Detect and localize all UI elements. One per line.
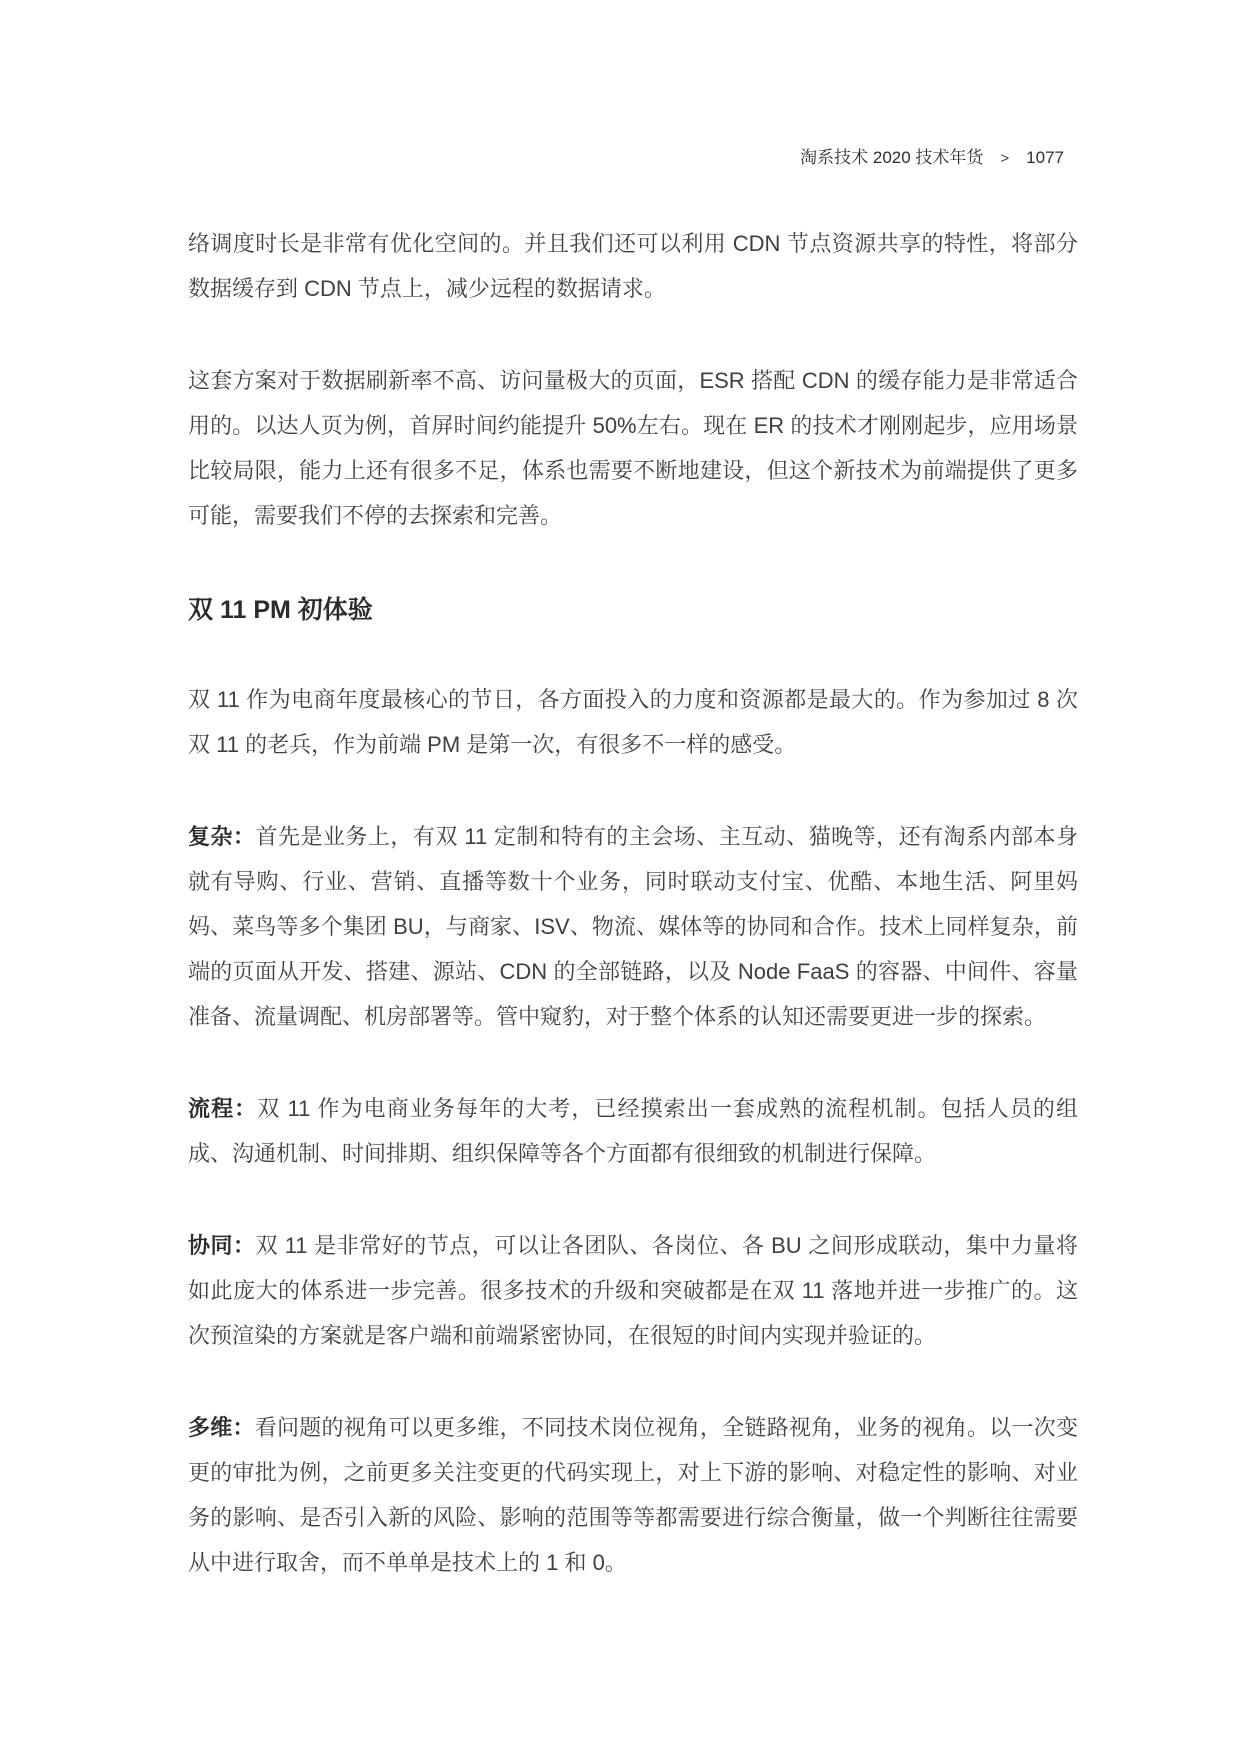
paragraph-4: 复杂：首先是业务上，有双 11 定制和特有的主会场、主互动、猫晚等，还有淘系内部… (188, 814, 1078, 1039)
paragraph-3-text: 双 11 作为电商年度最核心的节日，各方面投入的力度和资源都是最大的。作为参加过… (188, 687, 1078, 757)
breadcrumb-title: 淘系技术 2020 技术年货 (800, 148, 983, 168)
paragraph-7-text: 看问题的视角可以更多维，不同技术岗位视角，全链路视角，业务的视角。以一次变更的审… (188, 1415, 1078, 1575)
page-header: 淘系技术 2020 技术年货 > 1077 (188, 148, 1064, 169)
paragraph-5-text: 双 11 作为电商业务每年的大考，已经摸索出一套成熟的流程机制。包括人员的组成、… (188, 1096, 1078, 1166)
paragraph-2-text: 这套方案对于数据刷新率不高、访问量极大的页面，ESR 搭配 CDN 的缓存能力是… (188, 368, 1078, 528)
paragraph-7: 多维：看问题的视角可以更多维，不同技术岗位视角，全链路视角，业务的视角。以一次变… (188, 1405, 1078, 1585)
paragraph-2: 这套方案对于数据刷新率不高、访问量极大的页面，ESR 搭配 CDN 的缓存能力是… (188, 358, 1078, 538)
document-page: 淘系技术 2020 技术年货 > 1077 络调度时长是非常有优化空间的。并且我… (0, 0, 1240, 1755)
paragraph-7-label: 多维： (188, 1415, 255, 1440)
breadcrumb-separator: > (1000, 149, 1009, 169)
paragraph-1-text: 络调度时长是非常有优化空间的。并且我们还可以利用 CDN 节点资源共享的特性，将… (188, 231, 1078, 301)
paragraph-4-text: 首先是业务上，有双 11 定制和特有的主会场、主互动、猫晚等，还有淘系内部本身就… (188, 824, 1078, 1029)
paragraph-5-label: 流程： (188, 1096, 257, 1121)
section-heading: 双 11 PM 初体验 (188, 593, 1078, 627)
page-number: 1077 (1026, 148, 1064, 168)
article-body: 络调度时长是非常有优化空间的。并且我们还可以利用 CDN 节点资源共享的特性，将… (188, 221, 1078, 1585)
paragraph-4-label: 复杂： (188, 824, 255, 849)
paragraph-1: 络调度时长是非常有优化空间的。并且我们还可以利用 CDN 节点资源共享的特性，将… (188, 221, 1078, 311)
paragraph-6-label: 协同： (188, 1233, 256, 1258)
paragraph-3: 双 11 作为电商年度最核心的节日，各方面投入的力度和资源都是最大的。作为参加过… (188, 677, 1078, 767)
paragraph-6-text: 双 11 是非常好的节点，可以让各团队、各岗位、各 BU 之间形成联动，集中力量… (188, 1233, 1078, 1348)
paragraph-5: 流程：双 11 作为电商业务每年的大考，已经摸索出一套成熟的流程机制。包括人员的… (188, 1086, 1078, 1176)
paragraph-6: 协同：双 11 是非常好的节点，可以让各团队、各岗位、各 BU 之间形成联动，集… (188, 1223, 1078, 1358)
